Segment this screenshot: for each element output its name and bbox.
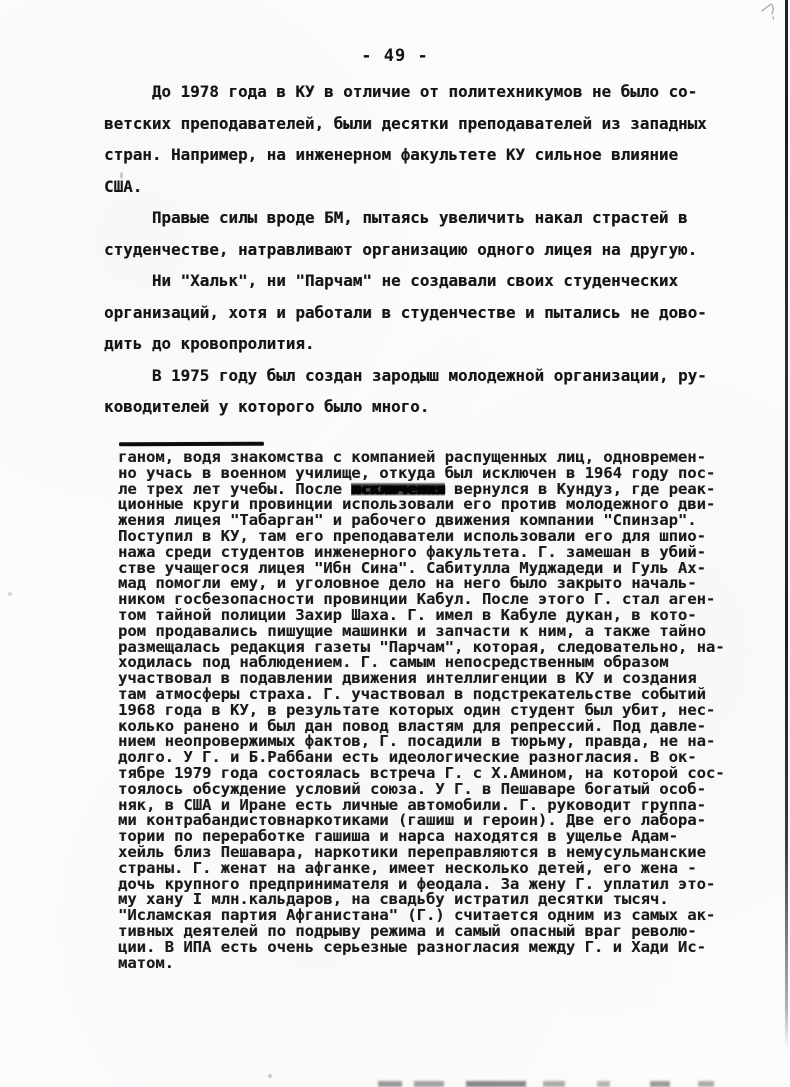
page-number: - 49 - xyxy=(0,46,790,66)
scan-speck xyxy=(268,1074,272,1078)
bottom-bleed-mark xyxy=(650,1081,670,1087)
footnote-separator-rule xyxy=(119,442,264,447)
paragraph: В 1975 году был создан зародыш молодежно… xyxy=(104,360,729,423)
bottom-bleed-mark xyxy=(414,1081,444,1087)
scan-edge-line xyxy=(785,0,788,1050)
document-body: До 1978 года в КУ в отличие от политехни… xyxy=(104,76,729,423)
paragraph: Ни "Хальк", ни "Парчам" не создавали сво… xyxy=(104,265,729,360)
paragraph: Правые силы вроде БМ, пытаясь увеличить … xyxy=(104,202,729,265)
scan-speck xyxy=(120,172,123,179)
footnote-text-after-overstrike: вернулся в Кундуз, где реак- ционные кру… xyxy=(118,480,725,972)
bottom-bleed-mark xyxy=(466,1081,526,1087)
bottom-bleed-mark xyxy=(698,1081,714,1087)
bottom-bleed-mark xyxy=(597,1081,610,1087)
bottom-bleed-mark xyxy=(378,1081,402,1087)
bottom-bleed-mark xyxy=(543,1081,565,1087)
overstruck-word: исключения xyxy=(351,480,444,498)
scanned-document-page: - 49 - До 1978 года в КУ в отличие от по… xyxy=(0,0,790,1087)
scan-speck xyxy=(8,592,12,596)
corner-pen-mark xyxy=(758,1,788,25)
paragraph: До 1978 года в КУ в отличие от политехни… xyxy=(104,76,729,202)
footnote-text: ганом, водя знакомства с компанией распу… xyxy=(118,450,730,971)
